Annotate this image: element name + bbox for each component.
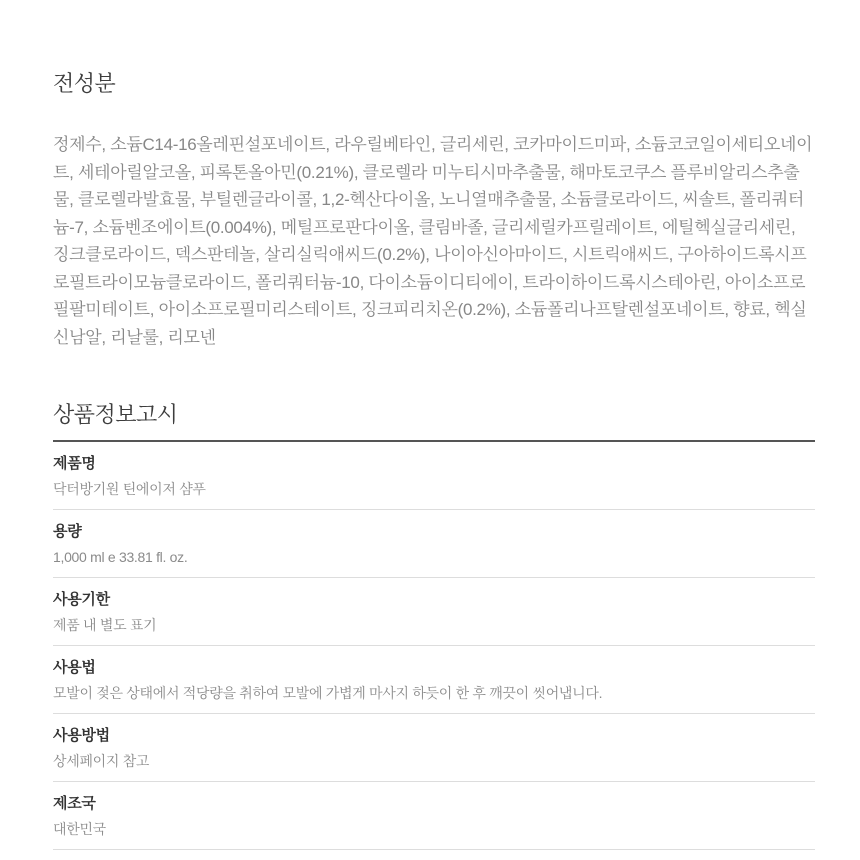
info-row-value: 1,000 ml e 33.81 fl. oz. <box>53 548 815 566</box>
ingredients-section-title: 전성분 <box>53 70 815 98</box>
product-detail-page: 전성분 정제수, 소듐C14-16올레핀설포네이트, 라우릴베타인, 글리세린,… <box>0 0 860 860</box>
info-row-value: 상세페이지 참고 <box>53 752 815 770</box>
info-row-expiration: 사용기한 제품 내 별도 표기 <box>53 578 815 646</box>
info-row-value: 모발이 젖은 상태에서 적당량을 취하여 모발에 가볍게 마사지 하듯이 한 후… <box>53 684 815 702</box>
info-row-volume: 용량 1,000 ml e 33.81 fl. oz. <box>53 510 815 578</box>
info-row-usage-method: 사용방법 상세페이지 참고 <box>53 714 815 782</box>
info-row-label: 제조국 <box>53 794 815 813</box>
info-row-label: 용량 <box>53 522 815 541</box>
info-row-country-of-origin: 제조국 대한민국 <box>53 782 815 850</box>
info-row-usage: 사용법 모발이 젖은 상태에서 적당량을 취하여 모발에 가볍게 마사지 하듯이… <box>53 646 815 714</box>
info-row-label: 사용방법 <box>53 726 815 745</box>
info-row-label: 제품명 <box>53 454 815 473</box>
info-row-value: 대한민국 <box>53 820 815 838</box>
product-info-section: 상품정보고시 제품명 닥터방기원 틴에이저 샴푸 용량 1,000 ml e 3… <box>53 401 815 850</box>
info-row-label: 사용법 <box>53 658 815 677</box>
ingredients-text: 정제수, 소듐C14-16올레핀설포네이트, 라우릴베타인, 글리세린, 코카마… <box>53 131 815 351</box>
info-row-value: 닥터방기원 틴에이저 샴푸 <box>53 480 815 498</box>
info-row-label: 사용기한 <box>53 590 815 609</box>
info-row-product-name: 제품명 닥터방기원 틴에이저 샴푸 <box>53 442 815 510</box>
product-info-table: 제품명 닥터방기원 틴에이저 샴푸 용량 1,000 ml e 33.81 fl… <box>53 442 815 850</box>
product-info-section-title: 상품정보고시 <box>53 401 815 442</box>
info-row-value: 제품 내 별도 표기 <box>53 616 815 634</box>
